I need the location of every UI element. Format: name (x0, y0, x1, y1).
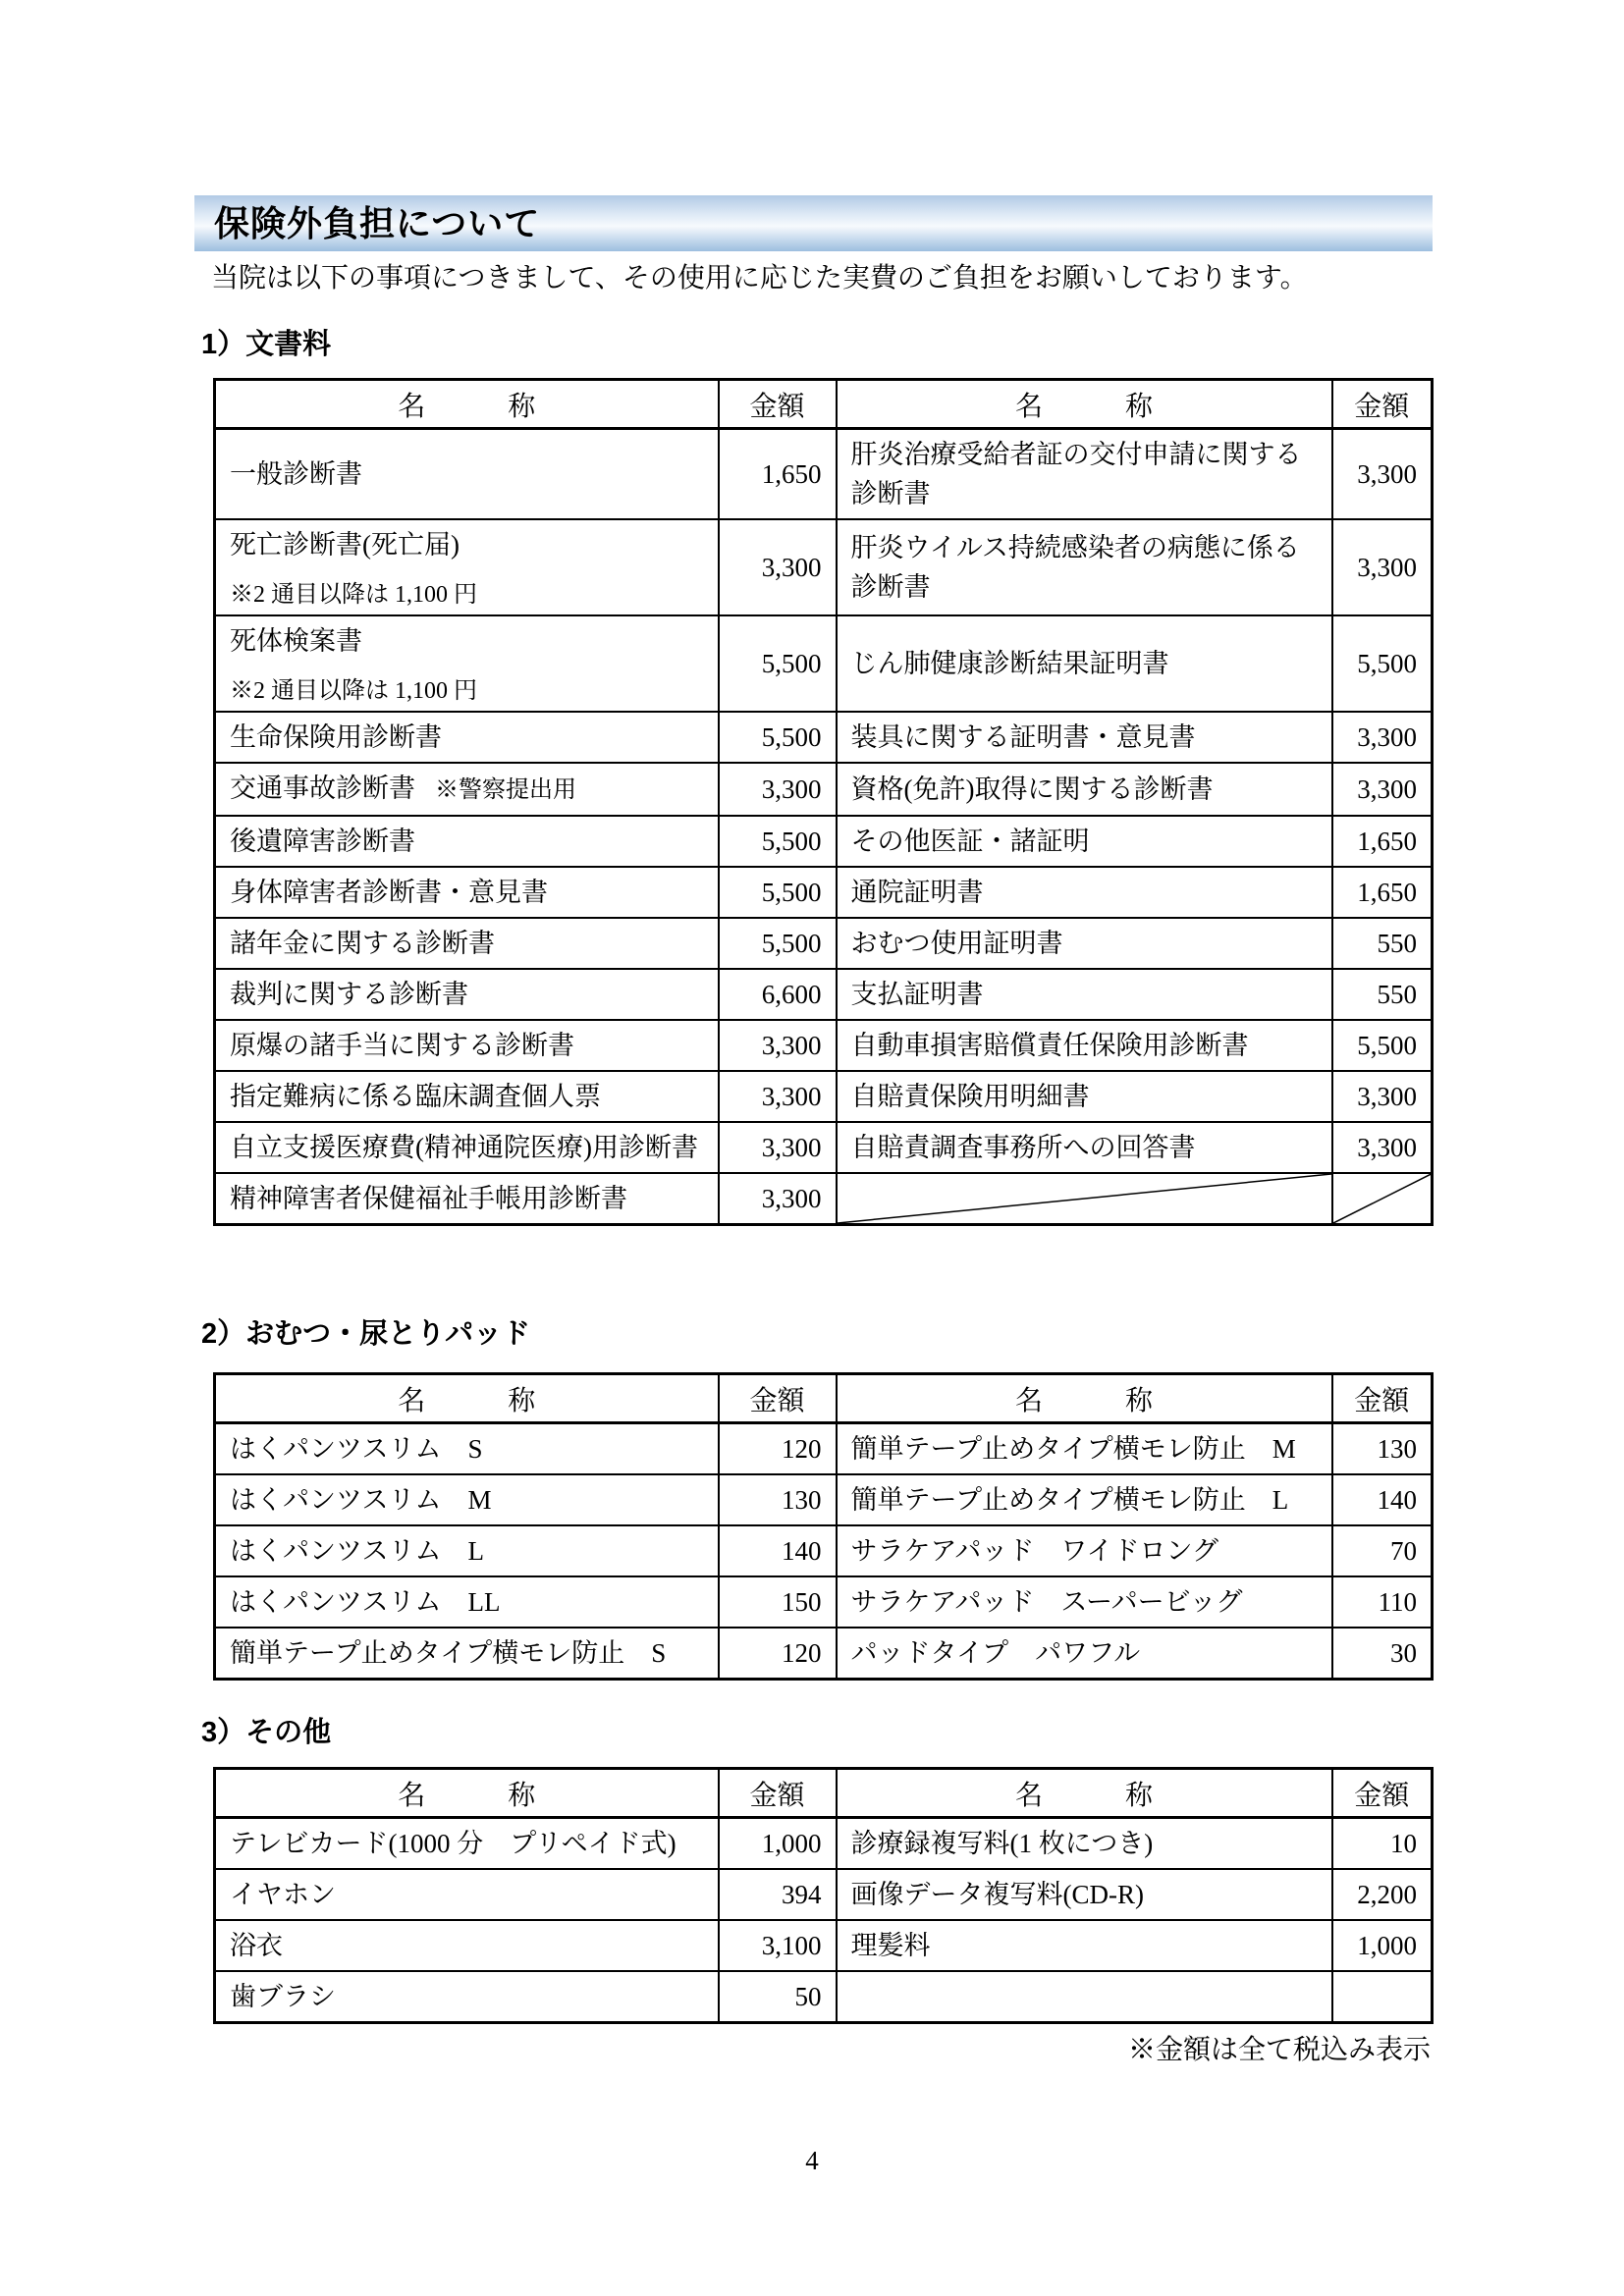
item-name: 装具に関する証明書・意見書 (851, 718, 1320, 757)
item-name-cell: 支払証明書 (837, 969, 1332, 1020)
item-name: はくパンツスリム LL (230, 1582, 706, 1622)
fee-row: 原爆の諸手当に関する診断書3,300自動車損害賠償責任保険用診断書5,500 (215, 1020, 1433, 1071)
amount-cell: 3,300 (719, 1020, 837, 1071)
item-note: ※2 通目以降は 1,100 円 (230, 676, 706, 706)
item-name: 簡単テープ止めタイプ横モレ防止 S (230, 1633, 706, 1673)
fee-row: 諸年金に関する診断書5,500おむつ使用証明書550 (215, 918, 1433, 969)
fee-table-others: 名 称金額名 称金額テレビカード(1000 分 プリペイド式)1,000診療録複… (213, 1767, 1434, 2024)
amount-cell: 140 (719, 1525, 837, 1576)
fee-row: はくパンツスリム L140サラケアパッド ワイドロング70 (215, 1525, 1433, 1576)
item-name-cell: 自立支援医療費(精神通院医療)用診断書 (215, 1122, 719, 1173)
amount-cell: 5,500 (719, 615, 837, 712)
fee-row: 生命保険用診断書5,500装具に関する証明書・意見書3,300 (215, 712, 1433, 763)
header-row: 名 称金額名 称金額 (215, 380, 1433, 429)
fee-row: イヤホン394画像データ複写料(CD-R)2,200 (215, 1869, 1433, 1920)
empty-diagonal-cell (837, 1173, 1332, 1225)
item-name-cell: 精神障害者保健福祉手帳用診断書 (215, 1173, 719, 1225)
amount-cell: 140 (1332, 1474, 1433, 1525)
item-name-cell: サラケアパッド スーパービッグ (837, 1576, 1332, 1628)
fee-row: はくパンツスリム LL150サラケアパッド スーパービッグ110 (215, 1576, 1433, 1628)
item-name-cell: 死体検案書※2 通目以降は 1,100 円 (215, 615, 719, 712)
empty-diagonal-cell (1332, 1173, 1433, 1225)
item-name-cell: 自賠責調査事務所への回答書 (837, 1122, 1332, 1173)
amount-cell: 5,500 (719, 867, 837, 918)
item-name-cell: 診療録複写料(1 枚につき) (837, 1818, 1332, 1870)
fee-row: 歯ブラシ50 (215, 1971, 1433, 2023)
item-name-cell: 自動車損害賠償責任保険用診断書 (837, 1020, 1332, 1071)
item-name: 指定難病に係る臨床調査個人票 (230, 1077, 706, 1116)
item-name: 自立支援医療費(精神通院医療)用診断書 (230, 1128, 706, 1167)
item-name-cell: 身体障害者診断書・意見書 (215, 867, 719, 918)
fee-table-documents: 名 称金額名 称金額一般診断書1,650肝炎治療受給者証の交付申請に関する診断書… (213, 378, 1434, 1226)
item-inline-note: ※警察提出用 (435, 777, 576, 803)
item-name: 簡単テープ止めタイプ横モレ防止 M (851, 1429, 1320, 1468)
item-name: 自動車損害賠償責任保険用診断書 (851, 1026, 1320, 1065)
amount-cell: 50 (719, 1971, 837, 2023)
item-name-cell: 理髪料 (837, 1920, 1332, 1971)
item-name: 通院証明書 (851, 873, 1320, 912)
banner-title: 保険外負担について (214, 206, 540, 241)
item-name: 精神障害者保健福祉手帳用診断書 (230, 1179, 706, 1218)
diagonal-strike (838, 1174, 1331, 1223)
amount-cell: 3,300 (719, 1071, 837, 1122)
item-name: 諸年金に関する診断書 (230, 924, 706, 963)
item-name-cell: 指定難病に係る臨床調査個人票 (215, 1071, 719, 1122)
item-name: 原爆の諸手当に関する診断書 (230, 1026, 706, 1065)
section-banner: 保険外負担について (194, 195, 1433, 251)
amount-cell: 3,300 (1332, 1122, 1433, 1173)
amount-cell: 2,200 (1332, 1869, 1433, 1920)
fee-row: 精神障害者保健福祉手帳用診断書3,300 (215, 1173, 1433, 1225)
column-header-amount: 金額 (1332, 1374, 1433, 1423)
amount-cell (1332, 1971, 1433, 2023)
item-name: 身体障害者診断書・意見書 (230, 873, 706, 912)
fee-row: テレビカード(1000 分 プリペイド式)1,000診療録複写料(1 枚につき)… (215, 1818, 1433, 1870)
column-header-amount: 金額 (719, 1769, 837, 1818)
section-title-diapers: 2）おむつ・尿とりパッド (201, 1319, 530, 1351)
diagonal-strike (1333, 1174, 1432, 1223)
item-name: サラケアパッド スーパービッグ (851, 1582, 1320, 1622)
item-name-cell: 画像データ複写料(CD-R) (837, 1869, 1332, 1920)
item-name: 肝炎治療受給者証の交付申請に関する診断書 (851, 435, 1320, 513)
item-name-cell: 後遺障害診断書 (215, 816, 719, 867)
column-header-amount: 金額 (1332, 380, 1433, 429)
intro-text: 当院は以下の事項につきまして、その使用に応じた実費のご負担をお願いしております。 (211, 259, 1308, 298)
item-name: 死体検案書 (230, 621, 706, 661)
amount-cell: 3,300 (719, 519, 837, 615)
item-name-cell: 簡単テープ止めタイプ横モレ防止 L (837, 1474, 1332, 1525)
fee-row: 交通事故診断書※警察提出用3,300資格(免許)取得に関する診断書3,300 (215, 763, 1433, 816)
amount-cell: 394 (719, 1869, 837, 1920)
header-row: 名 称金額名 称金額 (215, 1374, 1433, 1423)
item-name-cell: はくパンツスリム S (215, 1423, 719, 1475)
amount-cell: 3,300 (1332, 712, 1433, 763)
item-name: はくパンツスリム M (230, 1480, 706, 1520)
document-page: 保険外負担について 当院は以下の事項につきまして、その使用に応じた実費のご負担を… (0, 0, 1624, 2296)
item-name-cell: イヤホン (215, 1869, 719, 1920)
fee-row: 自立支援医療費(精神通院医療)用診断書3,300自賠責調査事務所への回答書3,3… (215, 1122, 1433, 1173)
fee-row: 後遺障害診断書5,500その他医証・諸証明1,650 (215, 816, 1433, 867)
item-name: 理髪料 (851, 1926, 1320, 1965)
item-name-cell (837, 1971, 1332, 2023)
amount-cell: 1,650 (1332, 867, 1433, 918)
item-name-cell: 装具に関する証明書・意見書 (837, 712, 1332, 763)
item-name: 交通事故診断書※警察提出用 (230, 769, 706, 810)
fee-row: 死亡診断書(死亡届)※2 通目以降は 1,100 円3,300肝炎ウイルス持続感… (215, 519, 1433, 615)
item-name: 診療録複写料(1 枚につき) (851, 1824, 1320, 1863)
item-name-cell: 自賠責保険用明細書 (837, 1071, 1332, 1122)
amount-cell: 120 (719, 1423, 837, 1475)
item-name: パッドタイプ パワフル (851, 1633, 1320, 1673)
item-name-cell: 肝炎治療受給者証の交付申請に関する診断書 (837, 429, 1332, 520)
item-name: 画像データ複写料(CD-R) (851, 1875, 1320, 1914)
item-note: ※2 通目以降は 1,100 円 (230, 580, 706, 610)
amount-cell: 5,500 (1332, 615, 1433, 712)
item-name: 死亡診断書(死亡届) (230, 525, 706, 564)
item-name: 自賠責保険用明細書 (851, 1077, 1320, 1116)
amount-cell: 3,300 (719, 1173, 837, 1225)
tax-footnote: ※金額は全て税込み表示 (213, 2028, 1431, 2067)
column-header-amount: 金額 (719, 1374, 837, 1423)
item-name: イヤホン (230, 1875, 706, 1914)
amount-cell: 3,300 (719, 1122, 837, 1173)
page-number: 4 (0, 2146, 1624, 2176)
item-name-cell: はくパンツスリム M (215, 1474, 719, 1525)
item-name-cell: テレビカード(1000 分 プリペイド式) (215, 1818, 719, 1870)
amount-cell: 70 (1332, 1525, 1433, 1576)
amount-cell: 10 (1332, 1818, 1433, 1870)
item-name: 簡単テープ止めタイプ横モレ防止 L (851, 1480, 1320, 1520)
amount-cell: 120 (719, 1628, 837, 1680)
amount-cell: 1,000 (719, 1818, 837, 1870)
item-name-cell: 資格(免許)取得に関する診断書 (837, 763, 1332, 816)
item-name: 一般診断書 (230, 454, 706, 494)
item-name: 資格(免許)取得に関する診断書 (851, 770, 1320, 809)
item-name-cell: 浴衣 (215, 1920, 719, 1971)
item-name: サラケアパッド ワイドロング (851, 1531, 1320, 1571)
item-name: 自賠責調査事務所への回答書 (851, 1128, 1320, 1167)
amount-cell: 3,100 (719, 1920, 837, 1971)
amount-cell: 130 (719, 1474, 837, 1525)
amount-cell: 5,500 (719, 918, 837, 969)
amount-cell: 110 (1332, 1576, 1433, 1628)
fee-row: 裁判に関する診断書6,600支払証明書550 (215, 969, 1433, 1020)
item-name-cell: はくパンツスリム LL (215, 1576, 719, 1628)
amount-cell: 130 (1332, 1423, 1433, 1475)
column-header-name: 名 称 (215, 380, 719, 429)
amount-cell: 3,300 (1332, 519, 1433, 615)
item-name: 肝炎ウイルス持続感染者の病態に係る診断書 (851, 528, 1320, 607)
amount-cell: 1,000 (1332, 1920, 1433, 1971)
column-header-name: 名 称 (837, 380, 1332, 429)
amount-cell: 3,300 (1332, 1071, 1433, 1122)
amount-cell: 1,650 (1332, 816, 1433, 867)
item-name-cell: じん肺健康診断結果証明書 (837, 615, 1332, 712)
item-name-cell: 簡単テープ止めタイプ横モレ防止 S (215, 1628, 719, 1680)
item-name: 生命保険用診断書 (230, 718, 706, 757)
fee-row: 身体障害者診断書・意見書5,500通院証明書1,650 (215, 867, 1433, 918)
item-name-cell: サラケアパッド ワイドロング (837, 1525, 1332, 1576)
amount-cell: 3,300 (1332, 763, 1433, 816)
item-name-cell: 交通事故診断書※警察提出用 (215, 763, 719, 816)
item-name: じん肺健康診断結果証明書 (851, 644, 1320, 683)
fee-row: 指定難病に係る臨床調査個人票3,300自賠責保険用明細書3,300 (215, 1071, 1433, 1122)
amount-cell: 3,300 (1332, 429, 1433, 520)
amount-cell: 30 (1332, 1628, 1433, 1680)
section-title-documents: 1）文書料 (201, 330, 331, 361)
section-title-others: 3）その他 (201, 1718, 331, 1749)
item-name-cell: おむつ使用証明書 (837, 918, 1332, 969)
amount-cell: 550 (1332, 969, 1433, 1020)
item-name: おむつ使用証明書 (851, 924, 1320, 963)
item-name-cell: はくパンツスリム L (215, 1525, 719, 1576)
amount-cell: 1,650 (719, 429, 837, 520)
fee-row: はくパンツスリム M130簡単テープ止めタイプ横モレ防止 L140 (215, 1474, 1433, 1525)
amount-cell: 150 (719, 1576, 837, 1628)
amount-cell: 6,600 (719, 969, 837, 1020)
fee-row: 簡単テープ止めタイプ横モレ防止 S120パッドタイプ パワフル30 (215, 1628, 1433, 1680)
item-name: 支払証明書 (851, 975, 1320, 1014)
item-name-cell: 生命保険用診断書 (215, 712, 719, 763)
item-name-cell: パッドタイプ パワフル (837, 1628, 1332, 1680)
item-name-cell: 通院証明書 (837, 867, 1332, 918)
item-name-cell: 肝炎ウイルス持続感染者の病態に係る診断書 (837, 519, 1332, 615)
header-row: 名 称金額名 称金額 (215, 1769, 1433, 1818)
column-header-amount: 金額 (719, 380, 837, 429)
item-name: テレビカード(1000 分 プリペイド式) (230, 1824, 706, 1863)
fee-row: 一般診断書1,650肝炎治療受給者証の交付申請に関する診断書3,300 (215, 429, 1433, 520)
item-name-cell: 原爆の諸手当に関する診断書 (215, 1020, 719, 1071)
item-name: 浴衣 (230, 1926, 706, 1965)
item-name-cell: 簡単テープ止めタイプ横モレ防止 M (837, 1423, 1332, 1475)
item-name: その他医証・諸証明 (851, 822, 1320, 861)
item-name: はくパンツスリム L (230, 1531, 706, 1571)
fee-row: 浴衣3,100理髪料1,000 (215, 1920, 1433, 1971)
column-header-name: 名 称 (837, 1374, 1332, 1423)
item-name-cell: 裁判に関する診断書 (215, 969, 719, 1020)
column-header-name: 名 称 (215, 1769, 719, 1818)
column-header-name: 名 称 (215, 1374, 719, 1423)
item-name-cell: その他医証・諸証明 (837, 816, 1332, 867)
fee-row: はくパンツスリム S120簡単テープ止めタイプ横モレ防止 M130 (215, 1423, 1433, 1475)
column-header-amount: 金額 (1332, 1769, 1433, 1818)
amount-cell: 5,500 (1332, 1020, 1433, 1071)
item-name-cell: 歯ブラシ (215, 1971, 719, 2023)
item-name-cell: 一般診断書 (215, 429, 719, 520)
item-name: 裁判に関する診断書 (230, 975, 706, 1014)
item-name: 後遺障害診断書 (230, 822, 706, 861)
amount-cell: 5,500 (719, 712, 837, 763)
item-name: はくパンツスリム S (230, 1429, 706, 1468)
amount-cell: 550 (1332, 918, 1433, 969)
fee-table-diapers: 名 称金額名 称金額はくパンツスリム S120簡単テープ止めタイプ横モレ防止 M… (213, 1372, 1434, 1681)
item-name-cell: 諸年金に関する診断書 (215, 918, 719, 969)
fee-row: 死体検案書※2 通目以降は 1,100 円5,500じん肺健康診断結果証明書5,… (215, 615, 1433, 712)
column-header-name: 名 称 (837, 1769, 1332, 1818)
item-name-cell: 死亡診断書(死亡届)※2 通目以降は 1,100 円 (215, 519, 719, 615)
amount-cell: 3,300 (719, 763, 837, 816)
item-name: 歯ブラシ (230, 1977, 706, 2016)
amount-cell: 5,500 (719, 816, 837, 867)
